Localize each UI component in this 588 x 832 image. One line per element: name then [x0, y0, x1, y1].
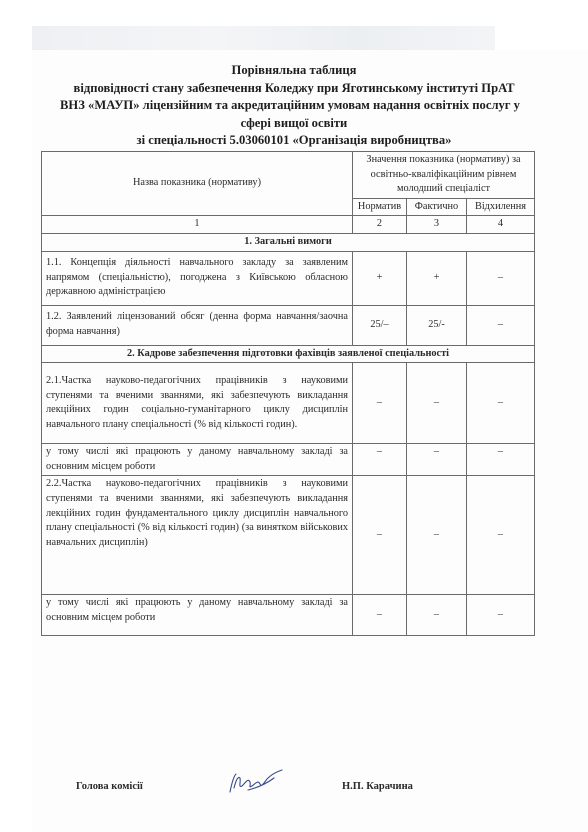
header-actual: Фактично: [407, 198, 467, 216]
table-row: 1.2. Заявлений ліцензований обсяг (денна…: [42, 305, 535, 345]
row-deviation: –: [467, 251, 535, 305]
scan-artifact-band: [32, 26, 495, 50]
section-title: 1. Загальні вимоги: [42, 233, 535, 251]
column-number-row: 1 2 3 4: [42, 216, 535, 234]
title-line: Порівняльна таблиця: [0, 62, 588, 80]
header-group-col: Значення показника (нормативу) за освітн…: [353, 152, 535, 199]
table-row: 2.2.Частка науково-педагогічних працівни…: [42, 476, 535, 595]
row-norm: –: [353, 595, 407, 636]
row-deviation: –: [467, 595, 535, 636]
col-number: 1: [42, 216, 353, 234]
col-number: 4: [467, 216, 535, 234]
row-name: у тому числі які працюють у даному навча…: [42, 444, 353, 476]
footer-position: Голова комісії: [76, 781, 143, 792]
header-row: Назва показника (нормативу) Значення пок…: [42, 152, 535, 199]
row-actual: –: [407, 363, 467, 444]
signature-icon: [226, 768, 286, 796]
row-norm: –: [353, 444, 407, 476]
title-line: сфері вищої освіти: [0, 115, 588, 133]
header-norm: Норматив: [353, 198, 407, 216]
row-actual: +: [407, 251, 467, 305]
table-row: 2.1.Частка науково-педагогічних працівни…: [42, 363, 535, 444]
header-name-col: Назва показника (нормативу): [42, 152, 353, 216]
row-actual: –: [407, 476, 467, 595]
title-line: відповідності стану забезпечення Коледжу…: [0, 80, 588, 98]
col-number: 2: [353, 216, 407, 234]
row-name: 1.1. Концепція діяльності навчального за…: [42, 251, 353, 305]
section-header-row: 1. Загальні вимоги: [42, 233, 535, 251]
comparison-table: Назва показника (нормативу) Значення пок…: [41, 151, 535, 636]
row-name: 1.2. Заявлений ліцензований обсяг (денна…: [42, 305, 353, 345]
table-row: у тому числі які працюють у даному навча…: [42, 444, 535, 476]
table-row: 1.1. Концепція діяльності навчального за…: [42, 251, 535, 305]
row-deviation: –: [467, 305, 535, 345]
title-line: зі спеціальності 5.03060101 «Організація…: [0, 132, 588, 150]
row-actual: –: [407, 595, 467, 636]
row-norm: +: [353, 251, 407, 305]
row-name: 2.1.Частка науково-педагогічних працівни…: [42, 363, 353, 444]
title-line: ВНЗ «МАУП» ліцензійним та акредитаційним…: [0, 97, 588, 115]
row-norm: 25/–: [353, 305, 407, 345]
section-header-row: 2. Кадрове забезпечення підготовки фахів…: [42, 345, 535, 363]
row-actual: 25/-: [407, 305, 467, 345]
row-actual: –: [407, 444, 467, 476]
header-deviation: Відхилення: [467, 198, 535, 216]
row-norm: –: [353, 476, 407, 595]
row-norm: –: [353, 363, 407, 444]
row-name: у тому числі які працюють у даному навча…: [42, 595, 353, 636]
row-deviation: –: [467, 476, 535, 595]
footer-name: Н.П. Карачина: [342, 781, 413, 792]
section-title: 2. Кадрове забезпечення підготовки фахів…: [42, 345, 535, 363]
row-deviation: –: [467, 363, 535, 444]
col-number: 3: [407, 216, 467, 234]
row-name: 2.2.Частка науково-педагогічних працівни…: [42, 476, 353, 595]
document-title: Порівняльна таблиця відповідності стану …: [0, 62, 588, 150]
row-deviation: –: [467, 444, 535, 476]
table-row: у тому числі які працюють у даному навча…: [42, 595, 535, 636]
